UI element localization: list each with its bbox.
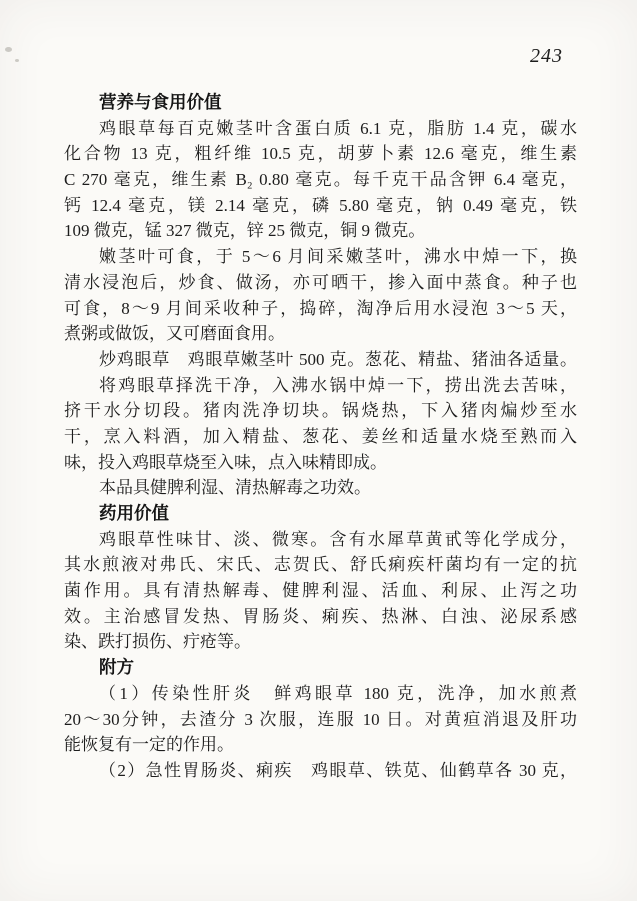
section-heading: 附方 <box>64 655 577 681</box>
text-line: 能恢复有一定的作用。 <box>64 732 577 758</box>
text-line: 其水煎液对弗氏、宋氏、志贺氏、舒氏痢疾杆菌均有一定的抗 <box>64 552 577 578</box>
paragraph: 嫩茎叶可食，于 5～6 月间采嫩茎叶，沸水中焯一下，换清水浸泡后，炒食、做汤，亦… <box>64 244 577 347</box>
book-page: 243 营养与食用价值鸡眼草每百克嫩茎叶含蛋白质 6.1 克，脂肪 1.4 克，… <box>0 0 637 901</box>
text-line: 鸡眼草每百克嫩茎叶含蛋白质 6.1 克，脂肪 1.4 克，碳水 <box>64 116 577 142</box>
section-heading: 营养与食用价值 <box>64 90 577 116</box>
paragraph: 鸡眼草每百克嫩茎叶含蛋白质 6.1 克，脂肪 1.4 克，碳水化合物 13 克，… <box>64 116 577 244</box>
text-line: 嫩茎叶可食，于 5～6 月间采嫩茎叶，沸水中焯一下，换 <box>64 244 577 270</box>
text-line: 109 微克，锰 327 微克，锌 25 微克，铜 9 微克。 <box>64 218 577 244</box>
text-line: 煮粥或做饭，又可磨面食用。 <box>64 321 577 347</box>
paragraph: 将鸡眼草择洗干净，入沸水锅中焯一下，捞出洗去苦味，挤干水分切段。猪肉洗净切块。锅… <box>64 373 577 476</box>
text-line: 可食，8～9 月间采收种子，捣碎，淘净后用水浸泡 3～5 天， <box>64 296 577 322</box>
text-line: C 270 毫克，维生素 B₂ 0.80 毫克。每千克干品含钾 6.4 毫克， <box>64 167 577 193</box>
text-line: 本品具健脾利湿、清热解毒之功效。 <box>64 475 577 501</box>
text-line: 染、跌打损伤、疔疮等。 <box>64 629 577 655</box>
text-line: 炒鸡眼草 鸡眼草嫩茎叶 500 克。葱花、精盐、猪油各适量。 <box>64 347 577 373</box>
paragraph: 鸡眼草性味甘、淡、微寒。含有水犀草黄甙等化学成分，其水煎液对弗氏、宋氏、志贺氏、… <box>64 527 577 655</box>
text-line: 挤干水分切段。猪肉洗净切块。锅烧热，下入猪肉煸炒至水 <box>64 398 577 424</box>
paragraph: （2）急性胃肠炎、痢疾 鸡眼草、铁苋、仙鹤草各 30 克， <box>64 758 577 784</box>
scan-speckle <box>5 47 12 52</box>
text-line: 味，投入鸡眼草烧至入味，点入味精即成。 <box>64 450 577 476</box>
text-line: 干，烹入料酒，加入精盐、葱花、姜丝和适量水烧至熟而入 <box>64 424 577 450</box>
paragraph: 本品具健脾利湿、清热解毒之功效。 <box>64 475 577 501</box>
page-body: 营养与食用价值鸡眼草每百克嫩茎叶含蛋白质 6.1 克，脂肪 1.4 克，碳水化合… <box>64 90 577 784</box>
paragraph: （1）传染性肝炎 鲜鸡眼草 180 克，洗净，加水煎煮20～30分钟，去渣分 3… <box>64 681 577 758</box>
text-line: 将鸡眼草择洗干净，入沸水锅中焯一下，捞出洗去苦味， <box>64 373 577 399</box>
text-line: （1）传染性肝炎 鲜鸡眼草 180 克，洗净，加水煎煮 <box>64 681 577 707</box>
text-line: 20～30分钟，去渣分 3 次服，连服 10 日。对黄疸消退及肝功 <box>64 707 577 733</box>
page-number: 243 <box>530 45 563 68</box>
section-heading: 药用价值 <box>64 501 577 527</box>
text-line: 鸡眼草性味甘、淡、微寒。含有水犀草黄甙等化学成分， <box>64 527 577 553</box>
text-line: 清水浸泡后，炒食、做汤，亦可晒干，掺入面中蒸食。种子也 <box>64 270 577 296</box>
text-line: 菌作用。具有清热解毒、健脾利湿、活血、利尿、止泻之功 <box>64 578 577 604</box>
paragraph: 炒鸡眼草 鸡眼草嫩茎叶 500 克。葱花、精盐、猪油各适量。 <box>64 347 577 373</box>
text-line: 效。主治感冒发热、胃肠炎、痢疾、热淋、白浊、泌尿系感 <box>64 604 577 630</box>
text-line: 化合物 13 克，粗纤维 10.5 克，胡萝卜素 12.6 毫克，维生素 <box>64 141 577 167</box>
scan-speckle <box>15 59 19 62</box>
text-line: 钙 12.4 毫克，镁 2.14 毫克，磷 5.80 毫克，钠 0.49 毫克，… <box>64 193 577 219</box>
text-line: （2）急性胃肠炎、痢疾 鸡眼草、铁苋、仙鹤草各 30 克， <box>64 758 577 784</box>
